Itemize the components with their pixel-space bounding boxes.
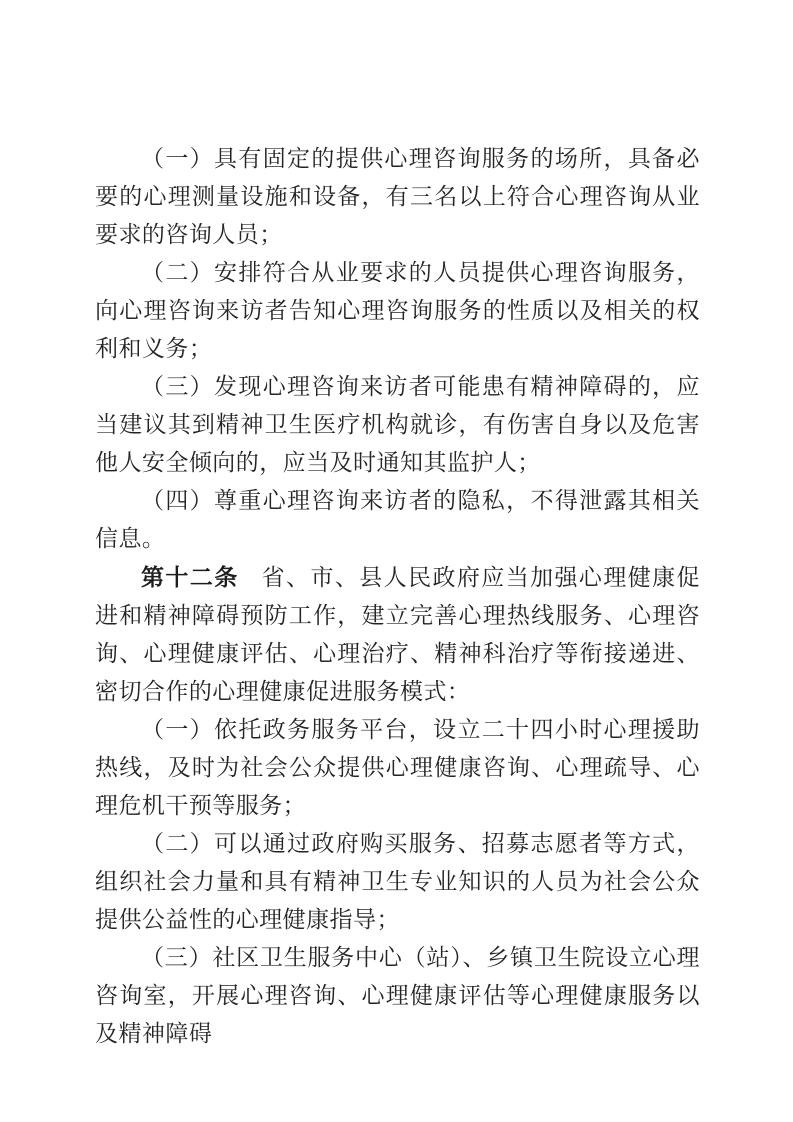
document-body: （一）具有固定的提供心理咨询服务的场所，具备必要的心理测量设施和设备，有三名以上… — [95, 140, 700, 1053]
paragraph-item-6: （二）可以通过政府购买服务、招募志愿者等方式，组织社会力量和具有精神卫生专业知识… — [95, 825, 700, 939]
paragraph-item-7: （三）社区卫生服务中心（站）、乡镇卫生院设立心理咨询室，开展心理咨询、心理健康评… — [95, 939, 700, 1053]
clause-number-label: 第十二条 — [141, 564, 239, 590]
paragraph-item-4: （四）尊重心理咨询来访者的隐私，不得泄露其相关信息。 — [95, 482, 700, 558]
paragraph-item-1: （一）具有固定的提供心理咨询服务的场所，具备必要的心理测量设施和设备，有三名以上… — [95, 140, 700, 254]
document-page: （一）具有固定的提供心理咨询服务的场所，具备必要的心理测量设施和设备，有三名以上… — [0, 0, 793, 1122]
paragraph-item-3: （三）发现心理咨询来访者可能患有精神障碍的，应当建议其到精神卫生医疗机构就诊，有… — [95, 368, 700, 482]
paragraph-item-5: （一）依托政务服务平台，设立二十四小时心理援助热线，及时为社会公众提供心理健康咨… — [95, 711, 700, 825]
paragraph-clause-12: 第十二条省、市、县人民政府应当加强心理健康促进和精神障碍预防工作，建立完善心理热… — [95, 558, 700, 711]
paragraph-item-2: （二）安排符合从业要求的人员提供心理咨询服务，向心理咨询来访者告知心理咨询服务的… — [95, 254, 700, 368]
